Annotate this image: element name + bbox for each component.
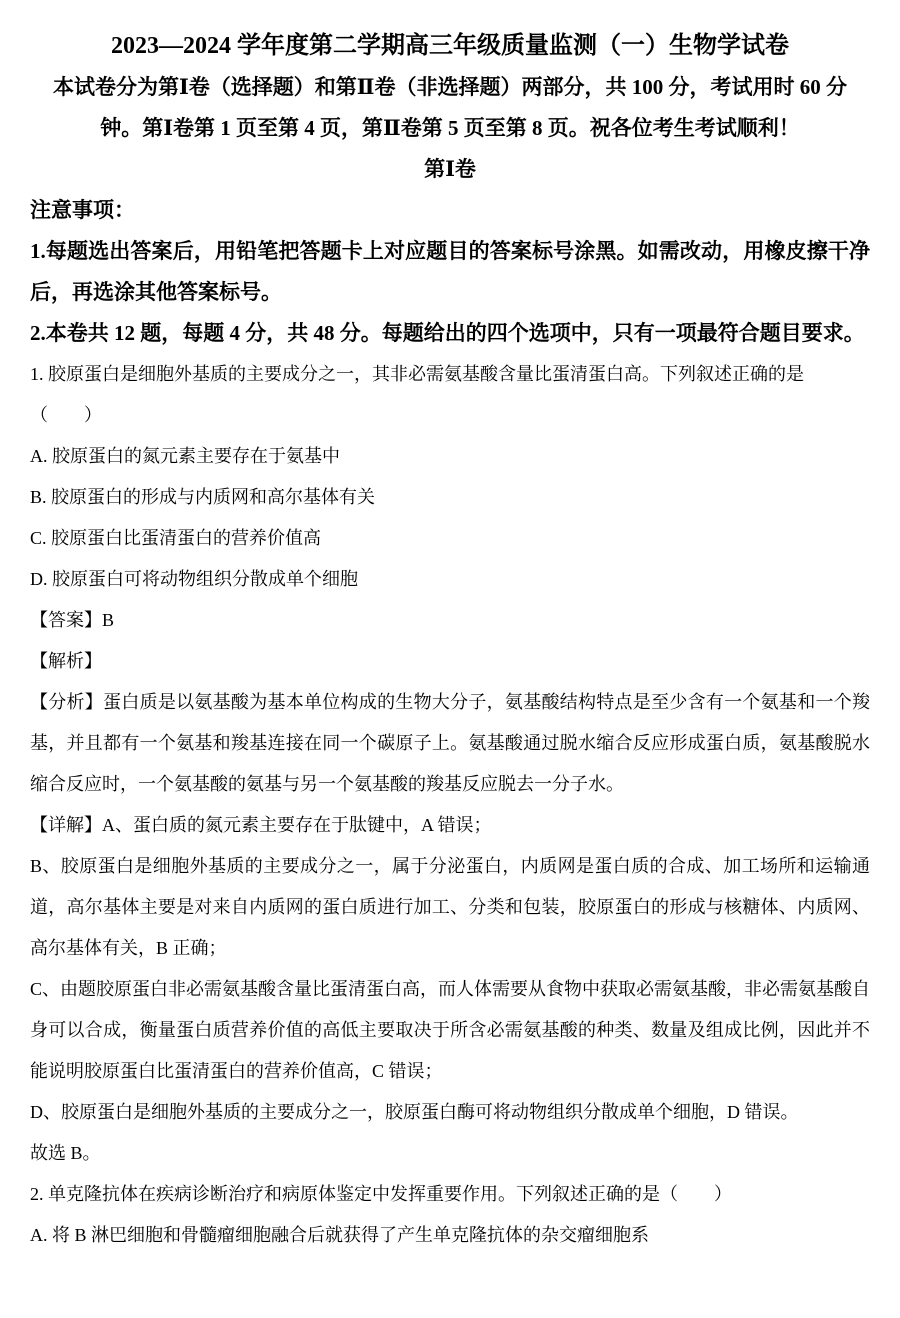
question1-option-d: D. 胶原蛋白可将动物组织分散成单个细胞	[30, 559, 870, 600]
question1-option-b: B. 胶原蛋白的形成与内质网和高尔基体有关	[30, 477, 870, 518]
question2-option-a: A. 将 B 淋巴细胞和骨髓瘤细胞融合后就获得了产生单克隆抗体的杂交瘤细胞系	[30, 1215, 870, 1256]
question1-answer: 【答案】B	[30, 600, 870, 641]
question1-option-a: A. 胶原蛋白的氮元素主要存在于氨基中	[30, 436, 870, 477]
exam-intro-line-2: 钟。第Ⅰ卷第 1 页至第 4 页，第Ⅱ卷第 5 页至第 8 页。祝各位考生考试顺…	[30, 108, 870, 149]
notice-item-1: 1.每题选出答案后，用铅笔把答题卡上对应题目的答案标号涂黑。如需改动，用橡皮擦干…	[30, 231, 870, 313]
question1-analysis: 【分析】蛋白质是以氨基酸为基本单位构成的生物大分子，氨基酸结构特点是至少含有一个…	[30, 682, 870, 805]
section-title: 第Ⅰ卷	[30, 149, 870, 190]
exam-document-page: 2023—2024 学年度第二学期高三年级质量监测（一）生物学试卷 本试卷分为第…	[0, 0, 900, 1318]
question1-detail-b: B、胶原蛋白是细胞外基质的主要成分之一，属于分泌蛋白，内质网是蛋白质的合成、加工…	[30, 846, 870, 969]
question1-conclusion: 故选 B。	[30, 1133, 870, 1174]
exam-title: 2023—2024 学年度第二学期高三年级质量监测（一）生物学试卷	[30, 26, 870, 67]
question1-answer-blank: （ ）	[30, 395, 870, 436]
question1-detail-a: 【详解】A、蛋白质的氮元素主要存在于肽键中，A 错误；	[30, 805, 870, 846]
exam-intro-line-1: 本试卷分为第Ⅰ卷（选择题）和第Ⅱ卷（非选择题）两部分，共 100 分，考试用时 …	[30, 67, 870, 108]
question1-detail-c: C、由题胶原蛋白非必需氨基酸含量比蛋清蛋白高，而人体需要从食物中获取必需氨基酸，…	[30, 969, 870, 1092]
question2-stem: 2. 单克隆抗体在疾病诊断治疗和病原体鉴定中发挥重要作用。下列叙述正确的是（ ）	[30, 1174, 870, 1215]
question1-analysis-label: 【解析】	[30, 641, 870, 682]
question1-detail-d: D、胶原蛋白是细胞外基质的主要成分之一，胶原蛋白酶可将动物组织分散成单个细胞，D…	[30, 1092, 870, 1133]
notice-heading: 注意事项：	[30, 190, 870, 231]
notice-item-2: 2.本卷共 12 题，每题 4 分，共 48 分。每题给出的四个选项中，只有一项…	[30, 313, 870, 354]
question1-stem: 1. 胶原蛋白是细胞外基质的主要成分之一，其非必需氨基酸含量比蛋清蛋白高。下列叙…	[30, 354, 870, 395]
question1-option-c: C. 胶原蛋白比蛋清蛋白的营养价值高	[30, 518, 870, 559]
